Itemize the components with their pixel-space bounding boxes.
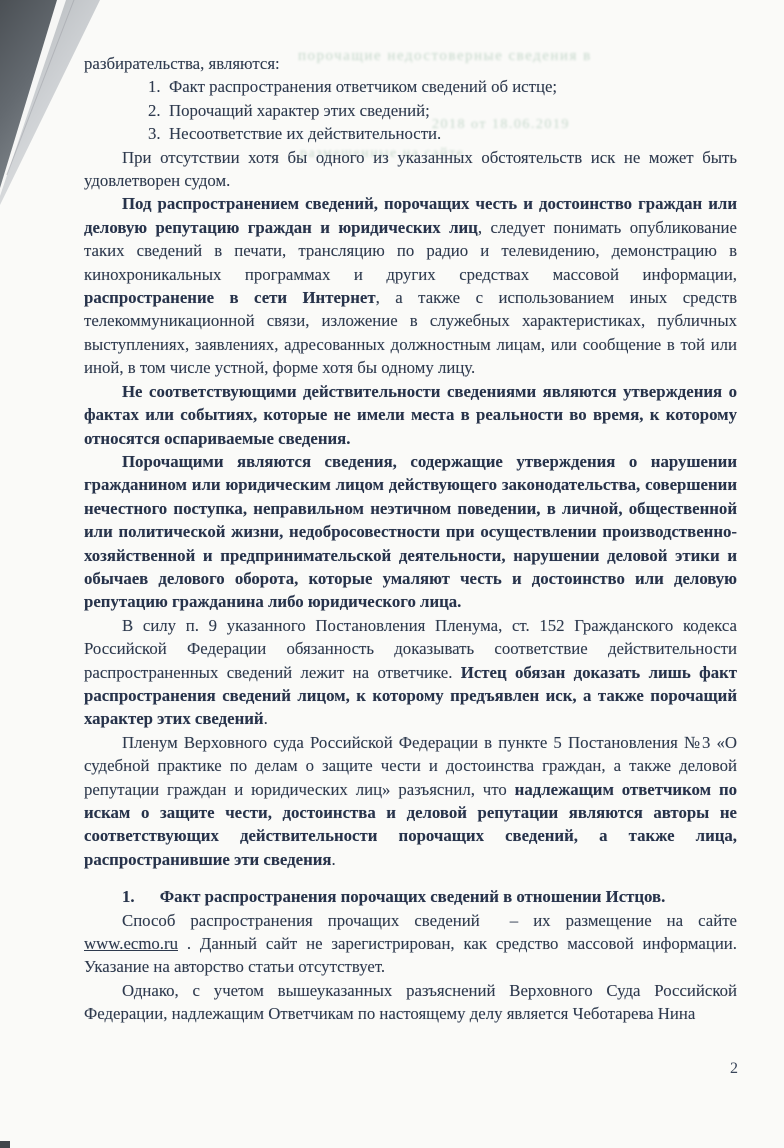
paragraph: Под распространением сведений, порочащих… bbox=[84, 192, 737, 379]
paragraph: Пленум Верховного суда Российской Федера… bbox=[84, 731, 737, 871]
paragraph: Порочащими являются сведения, содержащие… bbox=[84, 450, 737, 614]
paragraph: 3. Несоответствие их действительности. bbox=[84, 122, 737, 145]
scanned-page: порочащие недостоверные сведения в2018 о… bbox=[0, 0, 784, 1148]
paragraph: Не соответствующими действительности све… bbox=[84, 380, 737, 450]
document-text: разбирательства, являются:1. Факт распро… bbox=[84, 52, 737, 1026]
website-link-text: www.ecmo.ru bbox=[84, 934, 178, 953]
paragraph: При отсутствии хотя бы одного из указанн… bbox=[84, 146, 737, 193]
scan-artifact bbox=[0, 1141, 10, 1148]
section-heading: 1. Факт распространения порочащих сведен… bbox=[84, 885, 737, 908]
paragraph: 1. Факт распространения ответчиком сведе… bbox=[84, 75, 737, 98]
paragraph: 2. Порочащий характер этих сведений; bbox=[84, 99, 737, 122]
paragraph: Способ распространения прочащих сведений… bbox=[84, 909, 737, 979]
page-number: 2 bbox=[730, 1060, 738, 1078]
paragraph: разбирательства, являются: bbox=[84, 52, 737, 75]
paragraph: В силу п. 9 указанного Постановления Пле… bbox=[84, 614, 737, 731]
paragraph: Однако, с учетом вышеуказанных разъяснен… bbox=[84, 979, 737, 1026]
